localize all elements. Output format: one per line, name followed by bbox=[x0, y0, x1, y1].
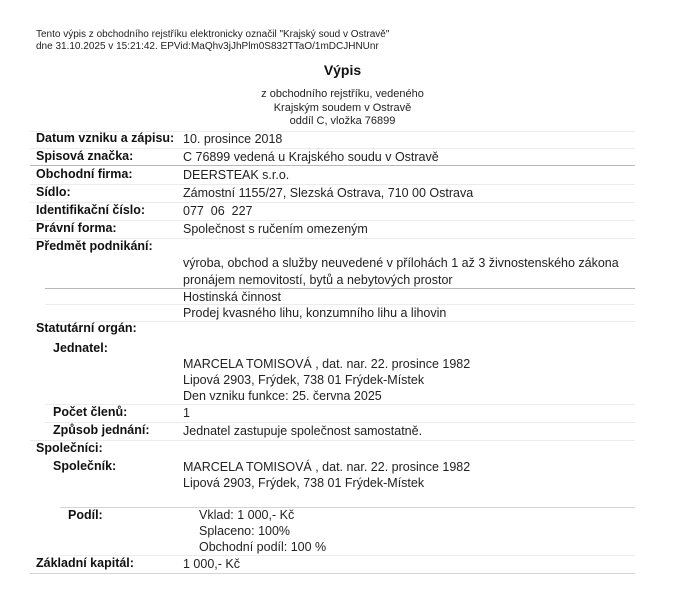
section-label: Statutární orgán: bbox=[36, 321, 137, 335]
spolecnik-label: Společník: bbox=[53, 459, 116, 473]
field-value: Společnost s ručením omezeným bbox=[183, 221, 368, 238]
divider bbox=[30, 440, 635, 441]
field-label: Identifikační číslo: bbox=[36, 203, 145, 217]
predmet-item: pronájem nemovitostí, bytů a nebytových … bbox=[183, 272, 453, 289]
pocet-clenu-label: Počet členů: bbox=[53, 405, 127, 419]
subtitle-line-3: oddíl C, vložka 76899 bbox=[0, 115, 685, 129]
document-title: Výpis bbox=[0, 62, 685, 78]
spolecnik-line: Lipová 2903, Frýdek, 738 01 Frýdek-Míste… bbox=[183, 475, 424, 492]
divider bbox=[30, 573, 635, 574]
subtitle-line-2: Krajským soudem v Ostravě bbox=[0, 102, 685, 116]
podil-line: Vklad: 1 000,- Kč bbox=[199, 507, 294, 524]
jednatel-line: Lipová 2903, Frýdek, 738 01 Frýdek-Míste… bbox=[183, 372, 424, 389]
field-value: DEERSTEAK s.r.o. bbox=[183, 167, 289, 184]
jednatel-line: Den vzniku funkce: 25. června 2025 bbox=[183, 388, 382, 405]
field-label: Sídlo: bbox=[36, 185, 71, 199]
field-label: Právní forma: bbox=[36, 221, 117, 235]
header-note-line-2: dne 31.10.2025 v 15:21:42. EPVid:MaQhv3j… bbox=[36, 41, 389, 53]
document-subtitle: z obchodního rejstříku, vedeného Krajský… bbox=[0, 88, 685, 129]
predmet-item: výroba, obchod a služby neuvedené v příl… bbox=[183, 255, 619, 272]
field-value: 077 06 227 bbox=[183, 203, 253, 220]
pocet-clenu-value: 1 bbox=[183, 405, 190, 422]
field-value: C 76899 vedená u Krajského soudu v Ostra… bbox=[183, 149, 439, 166]
jednatel-label: Jednatel: bbox=[53, 341, 108, 355]
zpusob-jednani-value: Jednatel zastupuje společnost samostatně… bbox=[183, 423, 422, 440]
subtitle-line-1: z obchodního rejstříku, vedeného bbox=[0, 88, 685, 102]
field-value: 1 000,- Kč bbox=[183, 556, 240, 573]
field-label: Spisová značka: bbox=[36, 149, 133, 163]
field-label: Předmět podnikání: bbox=[36, 239, 153, 253]
field-label: Základní kapitál: bbox=[36, 556, 134, 570]
podil-label: Podíl: bbox=[68, 508, 103, 522]
predmet-item: Hostinská činnost bbox=[183, 289, 281, 306]
podil-line: Splaceno: 100% bbox=[199, 523, 290, 540]
field-value: Zámostní 1155/27, Slezská Ostrava, 710 0… bbox=[183, 185, 473, 202]
zpusob-jednani-label: Způsob jednání: bbox=[53, 423, 150, 437]
divider bbox=[60, 555, 635, 556]
field-value: 10. prosince 2018 bbox=[183, 131, 282, 148]
spolecnik-line: MARCELA TOMISOVÁ , dat. nar. 22. prosinc… bbox=[183, 459, 470, 476]
divider bbox=[60, 507, 635, 508]
podil-line: Obchodní podíl: 100 % bbox=[199, 539, 326, 556]
header-note: Tento výpis z obchodního rejstříku elekt… bbox=[36, 29, 389, 53]
field-label: Datum vzniku a zápisu: bbox=[36, 131, 174, 145]
predmet-item: Prodej kvasného lihu, konzumního lihu a … bbox=[183, 305, 446, 322]
header-note-line-1: Tento výpis z obchodního rejstříku elekt… bbox=[36, 29, 389, 41]
field-label: Obchodní firma: bbox=[36, 167, 133, 181]
section-label: Společníci: bbox=[36, 441, 103, 455]
jednatel-line: MARCELA TOMISOVÁ , dat. nar. 22. prosinc… bbox=[183, 356, 470, 373]
